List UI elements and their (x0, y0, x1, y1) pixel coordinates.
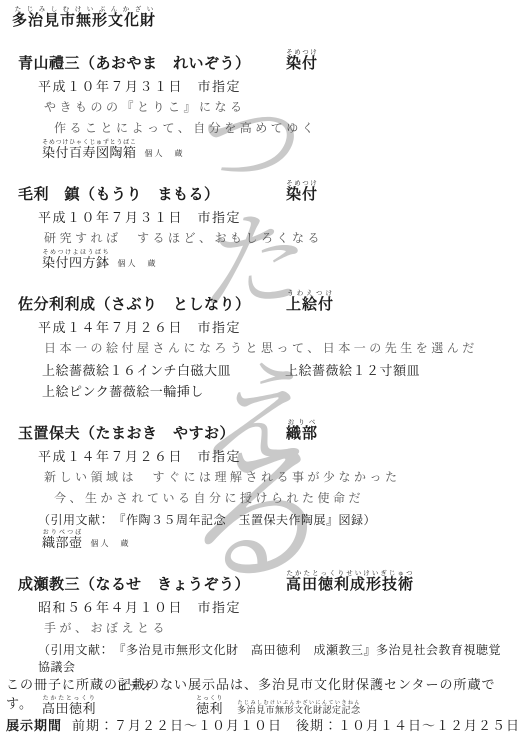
entry-category-text: 上絵付 (286, 296, 334, 313)
work-line: 織部壺おりべつぼ 個人 蔵 (42, 530, 513, 551)
work-title-text: 染付百寿図陶箱 (42, 145, 137, 160)
page-title: 多治見市無形文化財たじみしむけいぶんかざい (12, 6, 513, 30)
entry-category-text: 高田徳利成形技術 (286, 576, 414, 593)
entry-quote: 作ることによって、自分を高めてゆく (54, 119, 513, 136)
entry-category-furigana: おりべ (286, 419, 318, 426)
entry-date: 平成１４年７月２６日 市指定 (38, 446, 513, 465)
entry-category-furigana: うわえつけ (286, 290, 334, 297)
entry-date: 平成１４年７月２６日 市指定 (38, 317, 513, 336)
exhibit-period: 展示期間 前期：７月２２日～１０月１０日 後期：１０月１４日～１２月２５日 (6, 715, 521, 734)
work-title: 染付四方鉢そめつけよほうばち (42, 250, 110, 271)
entry-quote: やきものの『とりこ』になる (44, 98, 513, 115)
entry-category-furigana: そめつけ (286, 49, 318, 56)
citation: （引用文献： 『多治見市無形文化財 高田徳利 成瀬教三』多治見社会教育視聴覚協議… (38, 641, 513, 675)
work-title: 染付百寿図陶箱そめつけひゃくじゅずとうばこ (42, 140, 137, 161)
page-title-text: 多治見市無形文化財 (12, 12, 156, 29)
work-line: 染付百寿図陶箱そめつけひゃくじゅずとうばこ 個人 蔵 (42, 140, 513, 161)
collection-note: この冊子に所蔵の記載のない展示品は、多治見市文化財保護センターの所蔵です。 (6, 674, 521, 712)
entry-date: 昭和５６年４月１０日 市指定 (38, 597, 513, 616)
work-title-text: 染付四方鉢 (42, 255, 110, 270)
entry-tamaoki: 玉置保夫（たまおき やすお） 織部おりべ 平成１４年７月２６日 市指定 新しい領… (12, 419, 513, 551)
exhibit-period-label: 展示期間 (6, 715, 62, 734)
page-footer: この冊子に所蔵の記載のない展示品は、多治見市文化財保護センターの所蔵です。 展示… (6, 674, 521, 734)
entry-category-text: 染付 (286, 186, 318, 203)
work-title: 織部壺おりべつぼ (42, 530, 83, 551)
entry-quote: 日本一の絵付屋さんになろうと思って、日本一の先生を選んだ (44, 339, 513, 356)
entry-quote: 今、生かされている自分に授けられた使命だ (54, 489, 513, 506)
entry-date: 平成１０年７月３１日 市指定 (38, 76, 513, 95)
work-line: 上絵薔薇絵１６インチ白磁大皿 上絵薔薇絵１２寸額皿 (42, 360, 513, 379)
work-title-furigana: おりべつぼ (42, 530, 83, 536)
entry-header: 毛利 鎮（もうり まもる） 染付そめつけ (18, 180, 513, 204)
entry-aoyama: 青山禮三（あおやま れいぞう） 染付そめつけ 平成１０年７月３１日 市指定 やき… (12, 49, 513, 161)
entry-name: 青山禮三（あおやま れいぞう） (18, 52, 286, 73)
work-title-furigana: そめつけよほうばち (42, 250, 110, 256)
owner-label: 個人 蔵 (118, 258, 158, 271)
entry-header: 玉置保夫（たまおき やすお） 織部おりべ (18, 419, 513, 443)
entry-category: 高田徳利成形技術たかたとっくりせいけいぎじゅつ (286, 570, 414, 594)
entry-quote: 新しい領域は すぐには理解される事が少なかった (44, 468, 513, 485)
entry-category-furigana: たかたとっくりせいけいぎじゅつ (286, 570, 414, 577)
work-title: 上絵薔薇絵１２寸額皿 (285, 360, 420, 379)
entry-name: 佐分利利成（さぶり としなり） (18, 293, 286, 314)
work-title-text: 織部壺 (42, 535, 83, 550)
document-content: 多治見市無形文化財たじみしむけいぶんかざい 青山禮三（あおやま れいぞう） 染付… (0, 0, 523, 717)
work-line: 染付四方鉢そめつけよほうばち 個人 蔵 (42, 250, 513, 271)
entry-quote: 手が、おぼえとる (44, 619, 513, 636)
entry-name: 玉置保夫（たまおき やすお） (18, 422, 286, 443)
document-page: { "title": { "text": "多治見市無形文化財", "ruby"… (0, 0, 523, 740)
page-title-furigana: たじみしむけいぶんかざい (12, 6, 156, 13)
entry-mouri: 毛利 鎮（もうり まもる） 染付そめつけ 平成１０年７月３１日 市指定 研究すれ… (12, 180, 513, 271)
owner-label: 個人 蔵 (91, 538, 131, 551)
work-line: 上絵ピンク薔薇絵一輪挿し (42, 381, 513, 400)
work-title: 上絵ピンク薔薇絵一輪挿し (42, 381, 204, 400)
entry-category: 上絵付うわえつけ (286, 290, 334, 314)
entry-category-text: 染付 (286, 55, 318, 72)
entry-category: 織部おりべ (286, 419, 318, 443)
work-title: 上絵薔薇絵１６インチ白磁大皿 (42, 360, 231, 379)
entry-name: 成瀬教三（なるせ きょうぞう） (18, 573, 286, 594)
work-title-furigana: そめつけひゃくじゅずとうばこ (42, 140, 137, 146)
entry-name: 毛利 鎮（もうり まもる） (18, 183, 286, 204)
entry-header: 成瀬教三（なるせ きょうぞう） 高田徳利成形技術たかたとっくりせいけいぎじゅつ (18, 570, 513, 594)
entry-date: 平成１０年７月３１日 市指定 (38, 207, 513, 226)
entry-category-text: 織部 (286, 425, 318, 442)
exhibit-period-dates: 前期：７月２２日～１０月１０日 後期：１０月１４日～１２月２５日 (72, 715, 520, 734)
entry-header: 佐分利利成（さぶり としなり） 上絵付うわえつけ (18, 290, 513, 314)
entry-quote: 研究すれば するほど、おもしろくなる (44, 229, 513, 246)
entry-header: 青山禮三（あおやま れいぞう） 染付そめつけ (18, 49, 513, 73)
owner-label: 個人 蔵 (145, 148, 185, 161)
entry-saburi: 佐分利利成（さぶり としなり） 上絵付うわえつけ 平成１４年７月２６日 市指定 … (12, 290, 513, 400)
entry-category: 染付そめつけ (286, 180, 318, 204)
citation: （引用文献： 『作陶３５周年記念 玉置保夫作陶展』図録） (38, 511, 513, 528)
entry-category-furigana: そめつけ (286, 180, 318, 187)
entry-category: 染付そめつけ (286, 49, 318, 73)
